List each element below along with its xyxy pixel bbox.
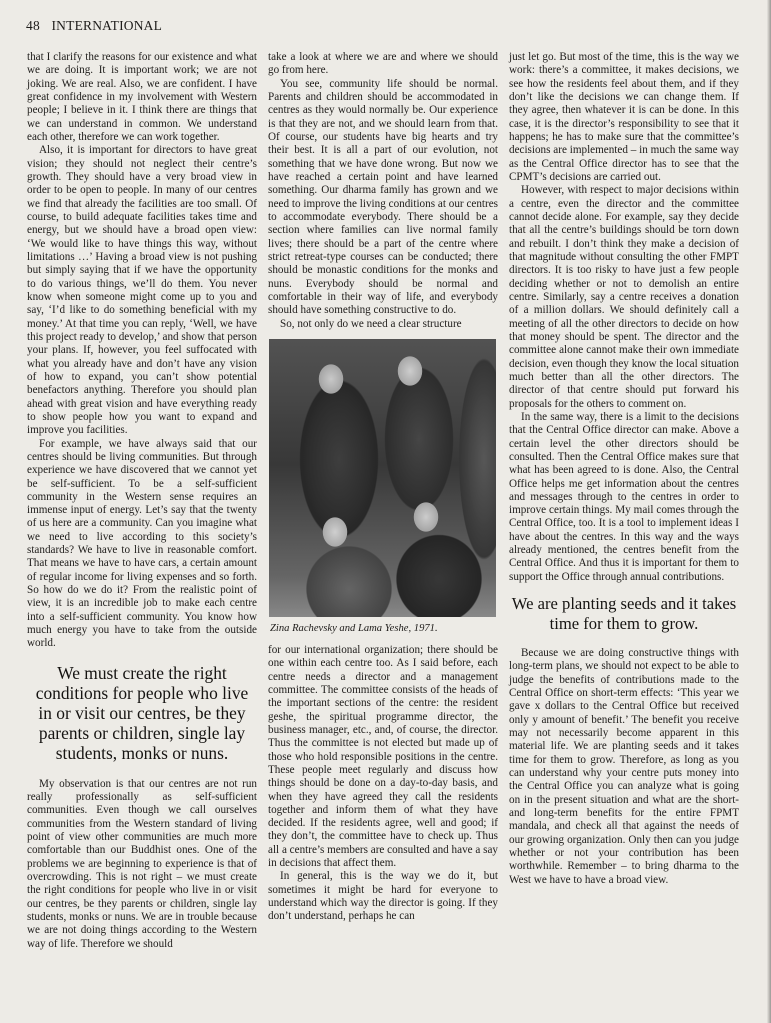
paragraph: So, not only do we need a clear structur… [268, 318, 498, 331]
paragraph: For example, we have always said that ou… [27, 438, 257, 651]
paragraph: My observation is that our centres are n… [27, 778, 257, 951]
paragraph: In the same way, there is a limit to the… [509, 411, 739, 584]
photo [269, 339, 496, 617]
page-edge [767, 0, 771, 1023]
column-1: that I clarify the reasons for our exist… [27, 51, 257, 951]
running-head: 48 INTERNATIONAL [26, 18, 162, 34]
paragraph: You see, community life should be normal… [268, 78, 498, 318]
column-3: just let go. But most of the time, this … [509, 51, 739, 887]
paragraph: Also, it is important for directors to h… [27, 144, 257, 437]
paragraph: Because we are doing constructive things… [509, 647, 739, 887]
pull-quote: We are planting seeds and it takes time … [509, 594, 739, 634]
column-2: take a look at where we are and where we… [268, 51, 498, 924]
paragraph: In general, this is the way we do it, bu… [268, 870, 498, 923]
photo-caption: Zina Rachevsky and Lama Yeshe, 1971. [270, 622, 498, 635]
pull-quote: We must create the right conditions for … [27, 663, 257, 763]
paragraph: that I clarify the reasons for our exist… [27, 51, 257, 144]
paragraph: However, with respect to major decisions… [509, 184, 739, 411]
page-number: 48 [26, 18, 40, 33]
section-title: INTERNATIONAL [51, 18, 162, 33]
paragraph: just let go. But most of the time, this … [509, 51, 739, 184]
paragraph: for our international organization; ther… [268, 644, 498, 871]
paragraph: take a look at where we are and where we… [268, 51, 498, 78]
